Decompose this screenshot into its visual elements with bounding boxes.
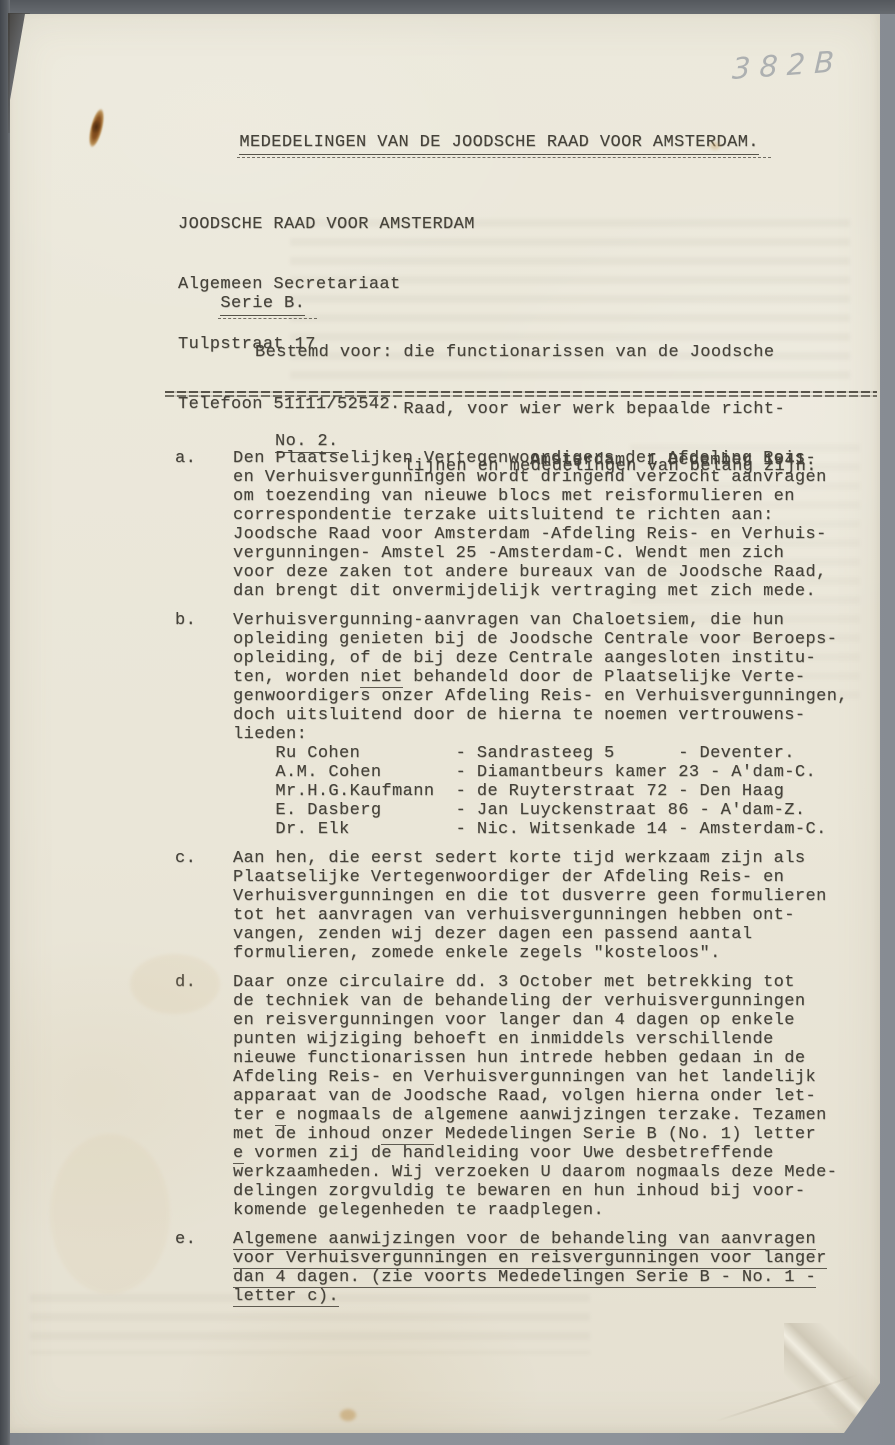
text-line: Algemene aanwijzingen voor de behandelin…: [233, 1230, 827, 1249]
text-line: genwoordigers onzer Afdeling Reis- en Ve…: [233, 687, 848, 706]
text-line: vangen, zenden wij dezer dagen een passe…: [233, 925, 827, 944]
section-letter: b.: [175, 611, 233, 839]
text-line: Den Plaatselijken Vertegenwoordigers der…: [233, 449, 827, 468]
text-line: doch uitsluitend door de hierna te noeme…: [233, 706, 848, 725]
text-line: Mr.H.G.Kaufmann - de Ruyterstraat 72 - D…: [233, 782, 848, 801]
text-line: opleiding, of de bij deze Centrale aange…: [233, 649, 848, 668]
document-page: 382B MEDEDELINGEN VAN DE JOODSCHE RAAD V…: [10, 14, 880, 1433]
section-d: d.Daar onze circulaire dd. 3 October met…: [175, 973, 875, 1220]
text-line: Aan hen, die eerst sedert korte tijd wer…: [233, 849, 827, 868]
divider-dash-row: [165, 395, 877, 397]
text-line: E. Dasberg - Jan Luyckenstraat 86 - A'da…: [233, 801, 848, 820]
page-title: MEDEDELINGEN VAN DE JOODSCHE RAAD VOOR A…: [239, 133, 758, 155]
text-line: correspondentie terzake uitsluitend te r…: [233, 506, 827, 525]
section-letter: e.: [175, 1230, 233, 1306]
typed-divider-line: [165, 391, 877, 397]
date-line: No. 2. Amsterdam, 1 December 1941.: [10, 413, 880, 433]
section-body: Den Plaatselijken Vertegenwoordigers der…: [233, 449, 827, 601]
text-line: delingen zorgvuldig te bewaren en hun in…: [233, 1182, 837, 1201]
text-line: Verhuisvergunning-aanvragen van Chaloets…: [233, 611, 848, 630]
document-sections: a.Den Plaatselijken Vertegenwoordigers d…: [175, 449, 875, 1316]
title-block: MEDEDELINGEN VAN DE JOODSCHE RAAD VOOR A…: [197, 114, 759, 171]
scan-top-edge: [0, 0, 895, 14]
text-line: punten wijziging behoeft en inmiddels ve…: [233, 1030, 837, 1049]
text-line: werkzaamheden. Wij verzoeken U daarom no…: [233, 1163, 837, 1182]
text-line: Daar onze circulaire dd. 3 October met b…: [233, 973, 837, 992]
text-line: A.M. Cohen - Diamantbeurs kamer 23 - A'd…: [233, 763, 848, 782]
text-line: dan brengt dit onvermijdelijk vertraging…: [233, 582, 827, 601]
section-letter: c.: [175, 849, 233, 963]
text-line: opleiding genieten bij de Joodsche Centr…: [233, 630, 848, 649]
letterhead-org: JOODSCHE RAAD VOOR AMSTERDAM: [178, 215, 475, 235]
text-line: met de inhoud onzer Mededelingen Serie B…: [233, 1125, 837, 1144]
text-line: ten, worden niet behandeld door de Plaat…: [233, 668, 848, 687]
corner-crease: [715, 1374, 858, 1422]
text-line: Ru Cohen - Sandrasteeg 5 - Deventer.: [233, 744, 848, 763]
text-line: apparaat van de Joodsche Raad, volgen hi…: [233, 1087, 837, 1106]
stain-spot: [340, 1409, 356, 1421]
text-line: Afdeling Reis- en Verhuisvergunningen va…: [233, 1068, 837, 1087]
section-letter: a.: [175, 449, 233, 601]
text-line: e vormen zij de handleiding voor Uwe des…: [233, 1144, 837, 1163]
text-line: Plaatselijke Vertegenwoordiger der Afdel…: [233, 868, 827, 887]
section-body: Algemene aanwijzingen voor de behandelin…: [233, 1230, 827, 1306]
text-line: letter c).: [233, 1287, 827, 1306]
section-letter: d.: [175, 973, 233, 1220]
section-body: Aan hen, die eerst sedert korte tijd wer…: [233, 849, 827, 963]
text-line: komende gelegenheden te raadplegen.: [233, 1201, 837, 1220]
stain-spot: [50, 1134, 170, 1294]
text-line: om toezending van nieuwe blocs met reisf…: [233, 487, 827, 506]
text-line: formulieren, zomede enkele zegels "koste…: [233, 944, 827, 963]
section-b: b.Verhuisvergunning-aanvragen van Chaloe…: [175, 611, 875, 839]
section-e: e.Algemene aanwijzingen voor de behandel…: [175, 1230, 875, 1306]
text-line: tot het aanvragen van verhuisvergunninge…: [233, 906, 827, 925]
text-line: en reisvergunningen voor langer dan 4 da…: [233, 1011, 837, 1030]
section-a: a.Den Plaatselijken Vertegenwoordigers d…: [175, 449, 875, 601]
archive-number-handwritten: 382B: [732, 44, 844, 86]
section-body: Verhuisvergunning-aanvragen van Chaloets…: [233, 611, 848, 839]
folded-corner: [784, 1323, 880, 1433]
scan-left-edge: [0, 0, 10, 1445]
text-line: Joodsche Raad voor Amsterdam -Afdeling R…: [233, 525, 827, 544]
text-line: Verhuisvergunningen en die tot dusverre …: [233, 887, 827, 906]
scanned-document-view: { "colors":{"paper":"#eae6d8","ink":"#45…: [0, 0, 895, 1445]
text-line: en Verhuisvergunningen wordt dringend ve…: [233, 468, 827, 487]
text-line: de techniek van de behandeling der verhu…: [233, 992, 837, 1011]
text-line: vergunningen- Amstel 25 -Amsterdam-C. We…: [233, 544, 827, 563]
bestemd-line: Bestemd voor: die functionarissen van de…: [255, 343, 817, 362]
text-line: nieuwe functionarissen hun intrede hebbe…: [233, 1049, 837, 1068]
text-line: Dr. Elk - Nic. Witsenkade 14 - Amsterdam…: [233, 820, 848, 839]
rust-staple-mark: [84, 101, 109, 155]
text-line: voor Verhuisvergunningen en reisvergunni…: [233, 1249, 827, 1268]
text-line: ter e nogmaals de algemene aanwijzingen …: [233, 1106, 837, 1125]
section-c: c.Aan hen, die eerst sedert korte tijd w…: [175, 849, 875, 963]
section-body: Daar onze circulaire dd. 3 October met b…: [233, 973, 837, 1220]
text-line: voor deze zaken tot andere bureaux van d…: [233, 563, 827, 582]
text-line: dan 4 dagen. (zie voorts Mededelingen Se…: [233, 1268, 827, 1287]
divider-dash-row: [165, 391, 877, 393]
text-line: lieden:: [233, 725, 848, 744]
